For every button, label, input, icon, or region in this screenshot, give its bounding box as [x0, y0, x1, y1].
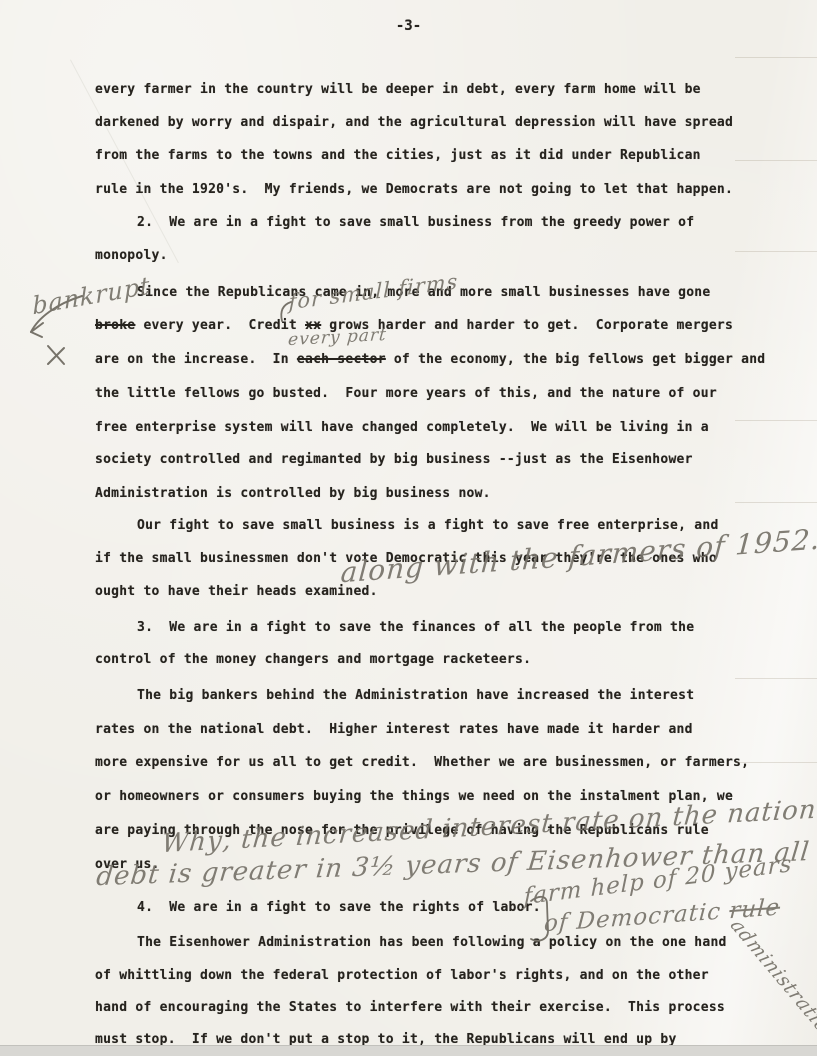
handwritten-for-small-firms: for small firms — [289, 269, 459, 314]
typed-line: broke every year. Credit xx grows harder… — [95, 318, 733, 333]
paper-rule-line — [735, 57, 817, 58]
typed-line: more expensive for us all to get credit.… — [95, 755, 749, 770]
typed-line: darkened by worry and dispair, and the a… — [95, 115, 733, 130]
scan-bottom-edge — [0, 1045, 817, 1056]
typed-line: are on the increase. In each sector of t… — [95, 352, 765, 367]
typed-line: from the farms to the towns and the citi… — [95, 148, 701, 163]
handwritten-every-part: every part — [287, 325, 387, 350]
typed-line: society controlled and regimanted by big… — [95, 452, 693, 467]
typed-line: or homeowners or consumers buying the th… — [95, 789, 733, 804]
typed-line: 4. We are in a fight to save the rights … — [137, 900, 541, 915]
typed-line: Administration is controlled by big busi… — [95, 486, 491, 501]
paper-rule-line — [735, 678, 817, 679]
page-number: -3- — [0, 18, 817, 34]
typed-line: rates on the national debt. Higher inter… — [95, 722, 693, 737]
typed-line: 3. We are in a fight to save the finance… — [137, 620, 694, 635]
handwritten-administration: administration — [725, 916, 817, 1047]
typed-line: every farmer in the country will be deep… — [95, 82, 701, 97]
typed-line: 2. We are in a fight to save small busin… — [137, 215, 694, 230]
typed-line: The big bankers behind the Administratio… — [137, 688, 694, 703]
typed-line: hand of encouraging the States to interf… — [95, 1000, 725, 1015]
typed-line: the little fellows go busted. Four more … — [95, 386, 717, 401]
paper-rule-line — [735, 420, 817, 421]
paper-rule-line — [735, 251, 817, 252]
typed-line: of whittling down the federal protection… — [95, 968, 709, 983]
margin-arrow-mark — [22, 292, 94, 370]
typed-line: control of the money changers and mortga… — [95, 652, 531, 667]
typed-line: free enterprise system will have changed… — [95, 420, 709, 435]
insertion-bracket-labor — [530, 893, 556, 945]
paper-rule-line — [735, 502, 817, 503]
typed-line: ought to have their heads examined. — [95, 584, 378, 599]
typed-line: The Eisenhower Administration has been f… — [137, 935, 727, 950]
typed-line: Our fight to save small business is a fi… — [137, 518, 719, 533]
document-page: -3- every farmer in the country will be … — [0, 0, 817, 1056]
typed-line: rule in the 1920's. My friends, we Democ… — [95, 182, 733, 197]
paper-rule-line — [735, 762, 817, 763]
insertion-mark-credit — [279, 300, 293, 322]
typed-line: monopoly. — [95, 248, 168, 263]
paper-rule-line — [735, 160, 817, 161]
